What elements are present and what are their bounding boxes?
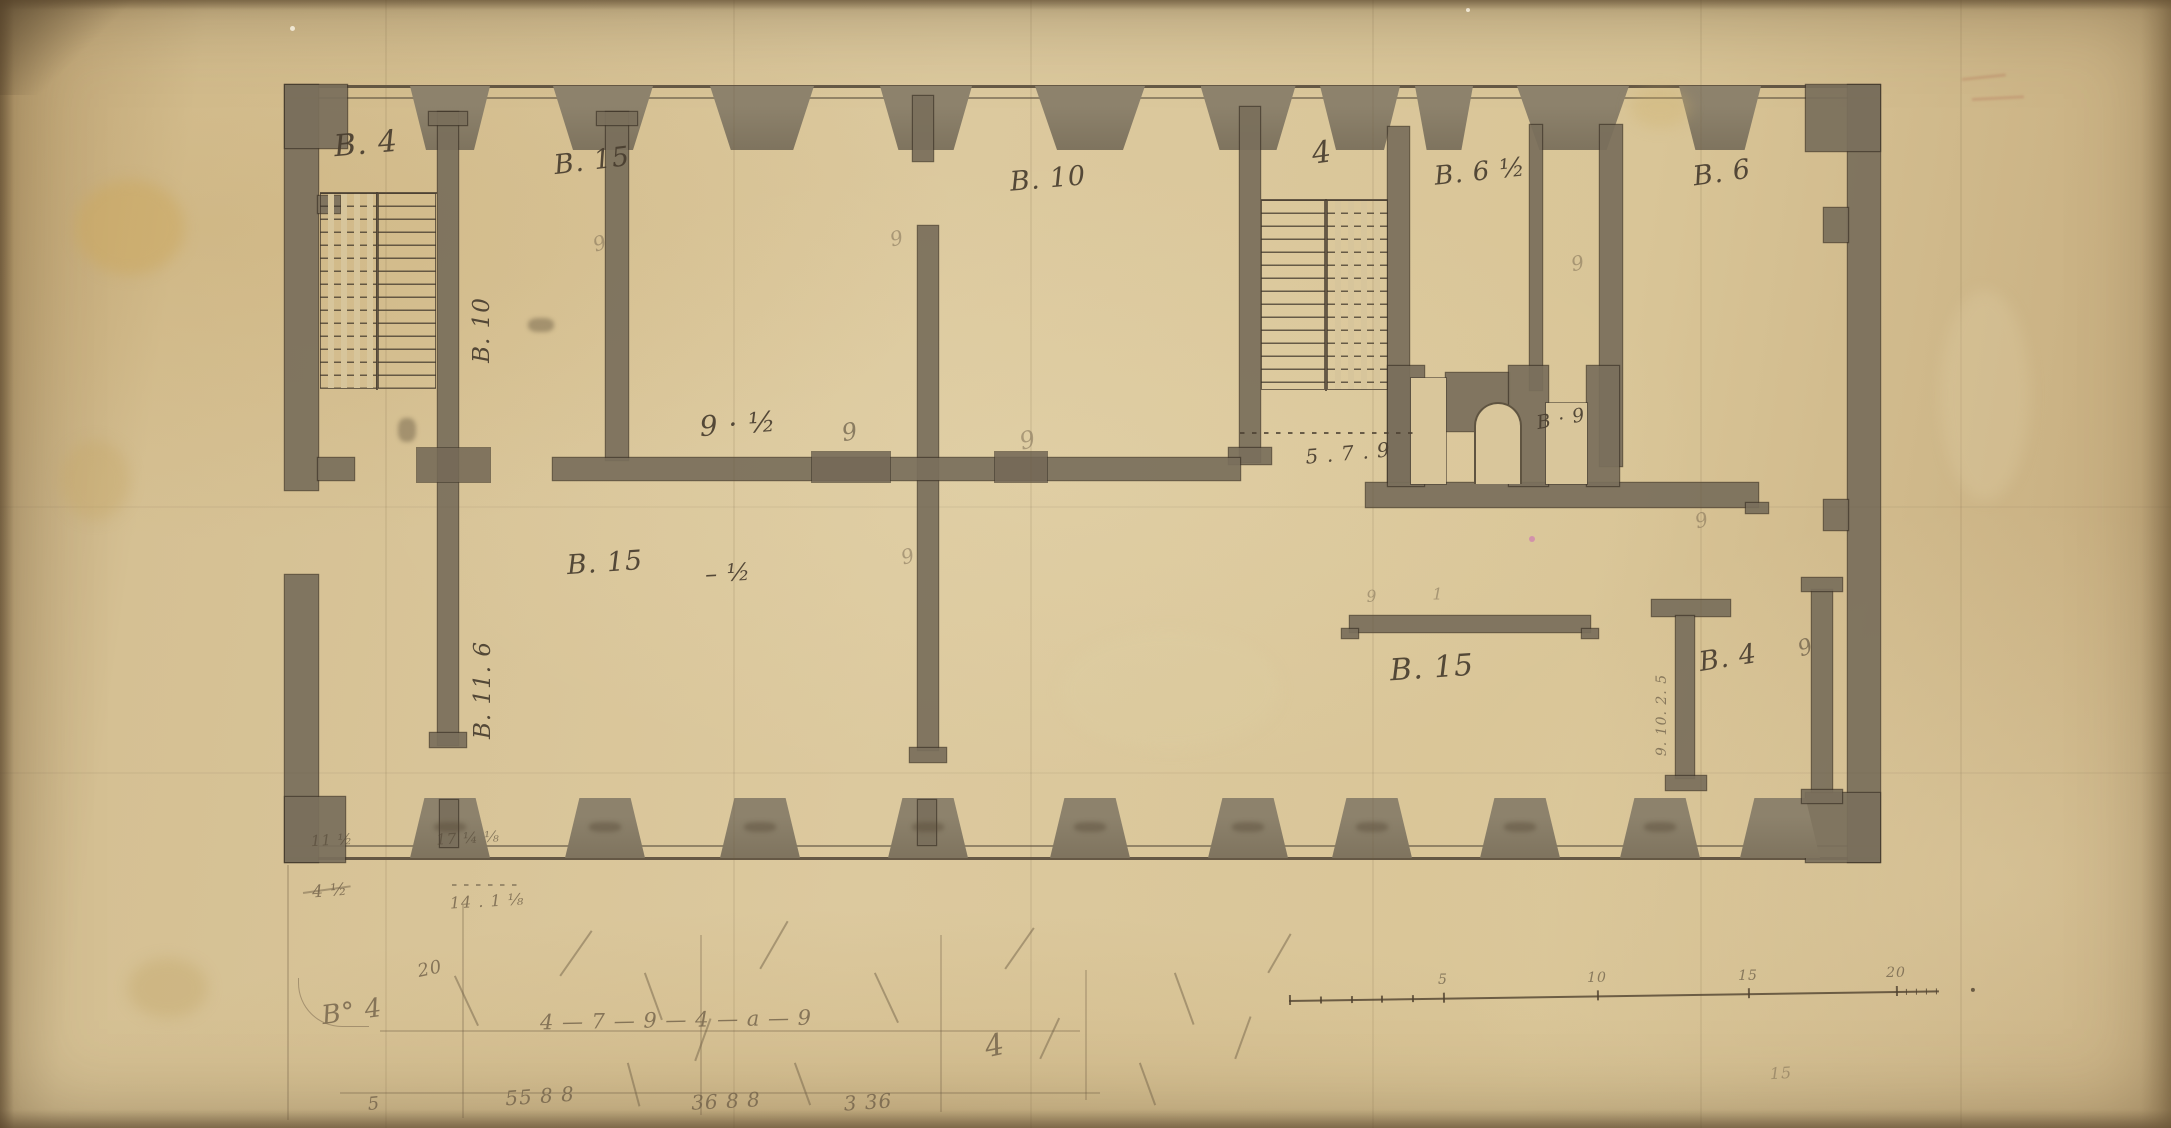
sketch-b-4: B° 4	[320, 993, 385, 1031]
label-b9-niche: B · 9	[1535, 404, 1587, 434]
sketch-36-8-8: 36 8 8	[691, 1087, 762, 1115]
scale-label-15: 15	[1738, 968, 1758, 984]
scale-bar-tick	[1412, 995, 1414, 1002]
room-label-b6-half: B. 6 ½	[1433, 152, 1527, 191]
dim-half-lower-left: – ½	[704, 558, 751, 588]
dim-b11-6-vertical: B. 11. 6	[470, 641, 496, 739]
dim-vertical-lower-right: 9. 10. 2. 5	[1654, 674, 1670, 756]
sketch-15-faint: 15	[1769, 1063, 1792, 1083]
scale-label-5: 5	[1438, 972, 1448, 988]
scale-bar-tick	[1443, 993, 1445, 1003]
room-label-b4-lower-right: B. 4	[1697, 638, 1759, 678]
scale-bar-tick	[1748, 988, 1750, 998]
sketch-14-1: 14 . 1 ⅛	[449, 890, 524, 913]
room-label-b15-lower-left: B. 15	[566, 545, 644, 581]
labels-layer: B. 4B. 15B. 104B. 6 ½B. 69 · ½995 . 7 . …	[0, 0, 2171, 1128]
scale-bar-tick	[1289, 995, 1291, 1005]
note-1-above-wall: 1	[1432, 585, 1443, 604]
sketch-number-row: 4 — 7 — 9 — 4 — a — 9	[540, 1006, 812, 1035]
sketch-big-4: 4	[982, 1027, 1009, 1065]
squiggle-9-4: 9	[1569, 250, 1587, 276]
room-label-b15-lower-right: B. 15	[1389, 648, 1476, 689]
scale-bar-tick	[1381, 996, 1383, 1003]
sketch-4-half: 4 ½	[311, 879, 348, 902]
scale-bar-tick	[1906, 989, 1907, 995]
dim-5-7-9: 5 . 7 . 9	[1304, 437, 1391, 468]
scale-bar-tick	[1916, 989, 1917, 995]
dim-b10-vertical: B. 10	[469, 297, 495, 363]
room-label-b15-upper: B. 15	[552, 141, 632, 181]
scale-label-10: 10	[1587, 970, 1607, 986]
dim-9-half-corridor: 9 · ½	[699, 405, 778, 443]
sketch-3-36: 3 36	[843, 1088, 893, 1115]
squiggle-9-1: 9	[590, 229, 610, 256]
squiggle-9-3: 9	[898, 543, 918, 570]
scale-bar-tick	[1351, 996, 1353, 1003]
sketch-55-8-8: 55 8 8	[504, 1082, 575, 1111]
scale-bar-end-dot	[1971, 988, 1975, 992]
scale-bar-tick	[1597, 990, 1599, 1000]
scale-bar-tick	[1896, 986, 1898, 996]
sketch-5: 5	[367, 1093, 381, 1115]
room-label-b4-upper-left: B. 4	[332, 124, 399, 164]
room-label-b6-upper-right: B. 6	[1691, 154, 1753, 193]
stair2-label-4: 4	[1310, 134, 1335, 171]
squiggle-9-2: 9	[887, 225, 906, 252]
scale-bar-tick	[1320, 997, 1322, 1004]
dim-9-b: 9	[1017, 424, 1040, 455]
scale-bar-tick	[1926, 989, 1927, 995]
note-11-half-bottom: 11 ½	[310, 830, 353, 850]
scale-bar-tick	[1936, 988, 1937, 994]
sketch-20: 20	[416, 956, 445, 982]
scale-label-20: 20	[1886, 965, 1906, 981]
dim-9-lower-right: 9	[1795, 634, 1818, 663]
note-17-quarter-bottom: 17 ¼ ⅛	[436, 827, 501, 848]
room-label-b10-upper: B. 10	[1009, 160, 1088, 198]
dim-9-a: 9	[840, 417, 861, 447]
squiggle-9-5: 9	[1692, 507, 1711, 534]
note-9-above-wall: 9	[1366, 586, 1379, 606]
drawing-sheet: B. 4B. 15B. 104B. 6 ½B. 69 · ½995 . 7 . …	[0, 0, 2171, 1128]
